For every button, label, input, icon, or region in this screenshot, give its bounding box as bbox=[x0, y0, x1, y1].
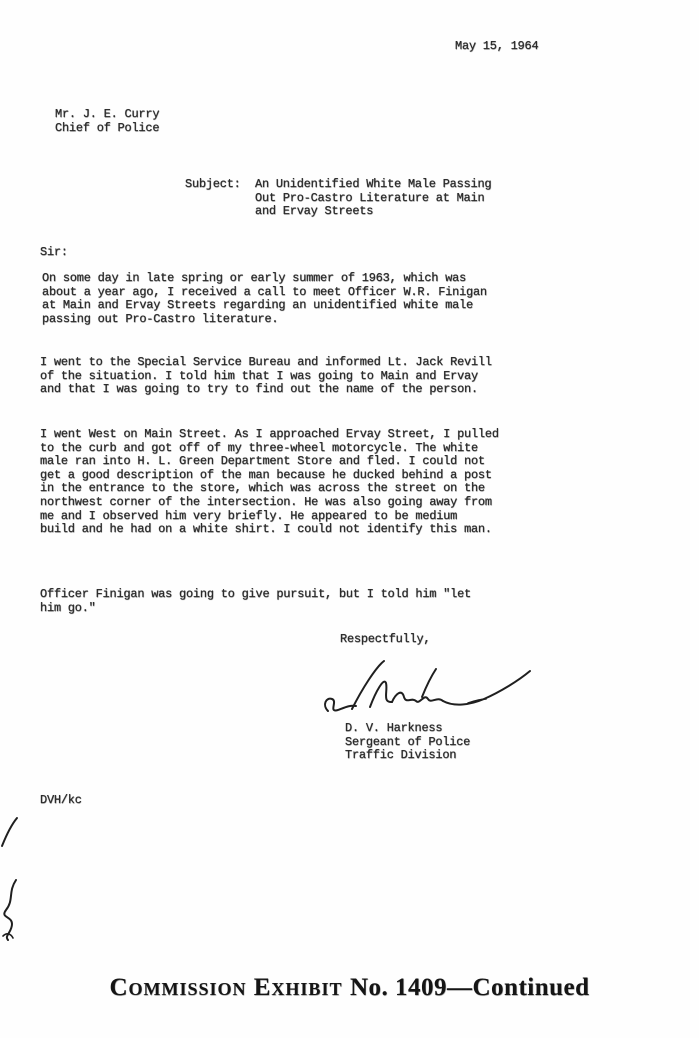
typist-initials: DVH/kc bbox=[40, 794, 82, 808]
stray-pen-mark-icon bbox=[0, 812, 26, 874]
exhibit-caption: Commission ExhibitNo. 1409—Continued bbox=[0, 974, 699, 1002]
salutation: Sir: bbox=[40, 246, 68, 260]
signature-typed-block: D. V. Harkness Sergeant of Police Traffi… bbox=[345, 722, 470, 763]
stray-pen-scribble-icon bbox=[0, 866, 30, 946]
body-paragraph-1: On some day in late spring or early summ… bbox=[42, 272, 487, 326]
scanned-letter-page: May 15, 1964 Mr. J. E. Curry Chief of Po… bbox=[0, 0, 699, 1038]
closing-respectfully: Respectfully, bbox=[340, 633, 430, 647]
exhibit-caption-title: Commission Exhibit bbox=[109, 974, 342, 1001]
subject-text: An Unidentified White Male Passing Out P… bbox=[255, 178, 491, 219]
letter-date: May 15, 1964 bbox=[455, 40, 538, 54]
body-paragraph-2: I went to the Special Service Bureau and… bbox=[40, 356, 492, 397]
recipient-address: Mr. J. E. Curry Chief of Police bbox=[55, 108, 159, 135]
body-paragraph-4: Officer Finigan was going to give pursui… bbox=[40, 588, 471, 615]
subject-label: Subject: bbox=[185, 178, 241, 192]
exhibit-caption-number: No. 1409—Continued bbox=[350, 974, 590, 1001]
handwritten-signature-icon bbox=[318, 655, 553, 723]
body-paragraph-3: I went West on Main Street. As I approac… bbox=[40, 428, 499, 537]
